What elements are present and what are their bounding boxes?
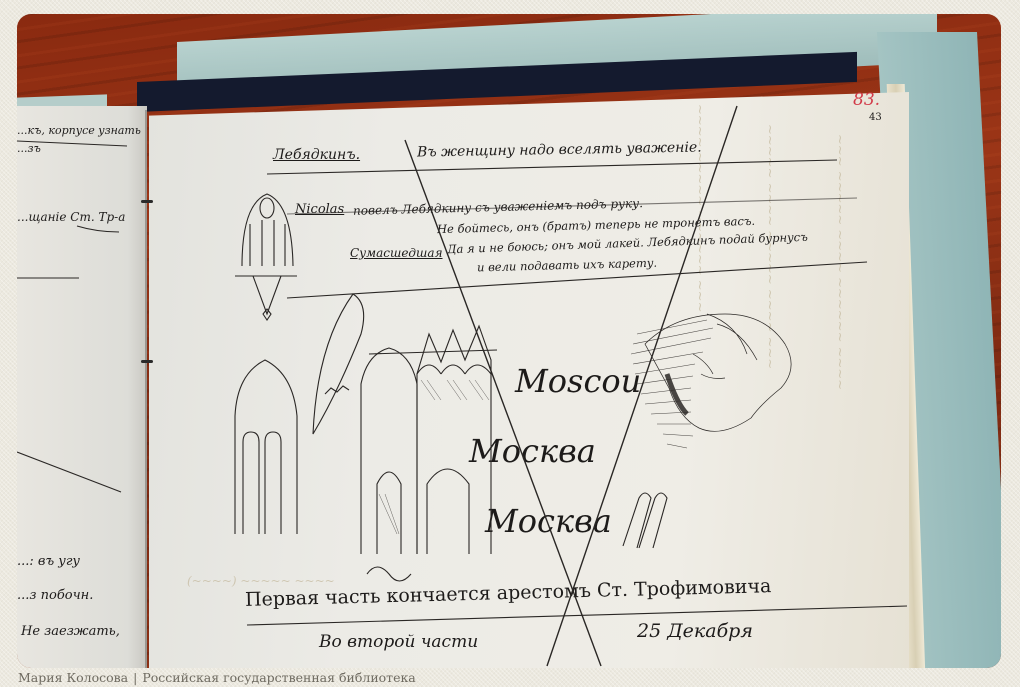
caption-separator: |: [133, 670, 137, 685]
photo-caption: Мария Колосова|Российская государственна…: [18, 670, 416, 685]
caption-author: Мария Колосова: [18, 670, 128, 685]
caption-source: Российская государственная библиотека: [142, 670, 415, 685]
photo-frame: ~~~~ ~~~~~ ~~~~~~ ~~~ ~~~~~ ~~~~ ~~~~~ ~…: [17, 14, 1001, 668]
ink-drawings: [17, 14, 1001, 668]
